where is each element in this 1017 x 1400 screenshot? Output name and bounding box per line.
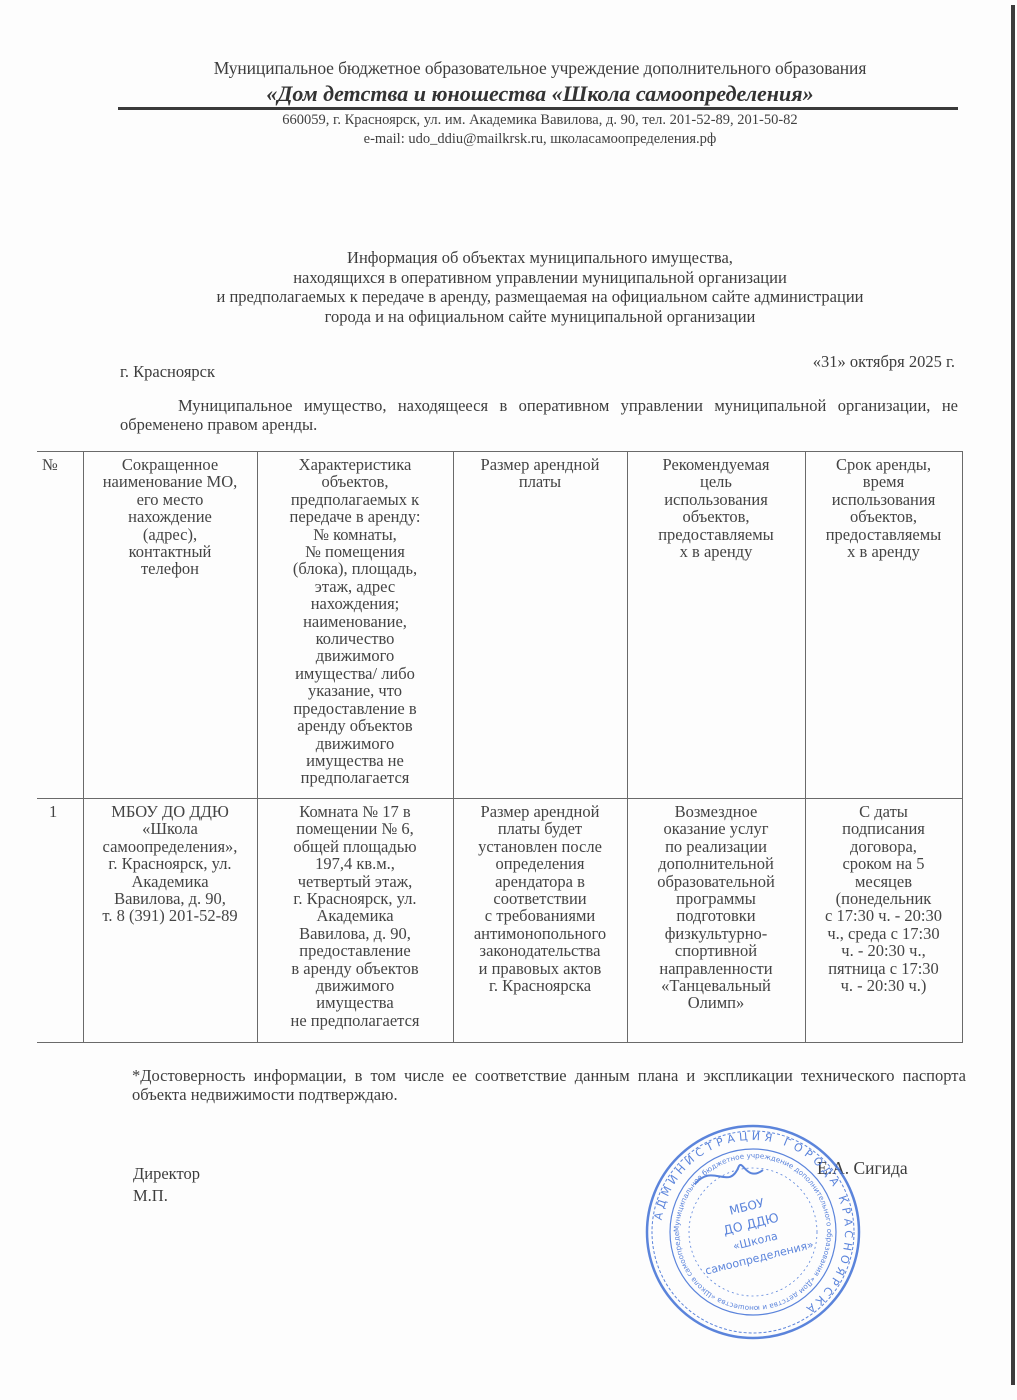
document-city: г. Красноярск [120, 362, 215, 382]
org-name-line1: Муниципальное бюджетное образовательное … [100, 58, 980, 79]
header-divider [118, 107, 958, 110]
signatory-title: Директор [133, 1164, 200, 1184]
table-header-row: № Сокращенное наименование МО, его место… [37, 452, 962, 799]
title-line: находящихся в оперативном управлении мун… [100, 268, 980, 288]
cell-rent: Размер арендной платы будет установлен п… [453, 799, 627, 1043]
table-row: 1 МБОУ ДО ДДЮ «Школа самоопределения», г… [37, 799, 962, 1043]
footnote: *Достоверность информации, в том числе е… [132, 1066, 966, 1104]
header-cell-object: Характеристика объектов, предполагаемых … [257, 452, 453, 799]
seal-label: М.П. [133, 1186, 168, 1206]
document-title: Информация об объектах муниципального им… [100, 248, 980, 326]
header-cell-term: Срок аренды, время использования объекто… [805, 452, 962, 799]
property-table: № Сокращенное наименование МО, его место… [37, 451, 963, 1043]
org-contacts: e-mail: udo_ddiu@mailkrsk.ru, школасамоо… [100, 131, 980, 148]
cell-term: С даты подписания договора, сроком на 5 … [805, 799, 962, 1043]
org-address: 660059, г. Красноярск, ул. им. Академика… [100, 112, 980, 129]
org-name-line2: «Дом детства и юношества «Школа самоопре… [100, 81, 980, 107]
header-cell-rent: Размер арендной платы [453, 452, 627, 799]
title-line: Информация об объектах муниципального им… [100, 248, 980, 268]
title-line: города и на официальном сайте муниципаль… [100, 307, 980, 327]
header-cell-purpose: Рекомендуемая цель использования объекто… [627, 452, 805, 799]
document-date: «31» октября 2025 г. [813, 352, 955, 372]
cell-org: МБОУ ДО ДДЮ «Школа самоопределения», г. … [83, 799, 257, 1043]
header-cell-number: № [37, 452, 83, 799]
intro-paragraph: Муниципальное имущество, находящееся в о… [120, 396, 958, 434]
cell-object: Комната № 17 в помещении № 6, общей площ… [257, 799, 453, 1043]
scan-edge [1011, 5, 1015, 1385]
cell-number: 1 [37, 799, 83, 1043]
cell-purpose: Возмездное оказание услуг по реализации … [627, 799, 805, 1043]
title-line: и предполагаемых к передаче в аренду, ра… [100, 287, 980, 307]
official-stamp-icon: АДМИНИСТРАЦИЯ ГОРОДА КРАСНОЯРСКА Муницип… [643, 1122, 863, 1342]
header-cell-org: Сокращенное наименование МО, его место н… [83, 452, 257, 799]
